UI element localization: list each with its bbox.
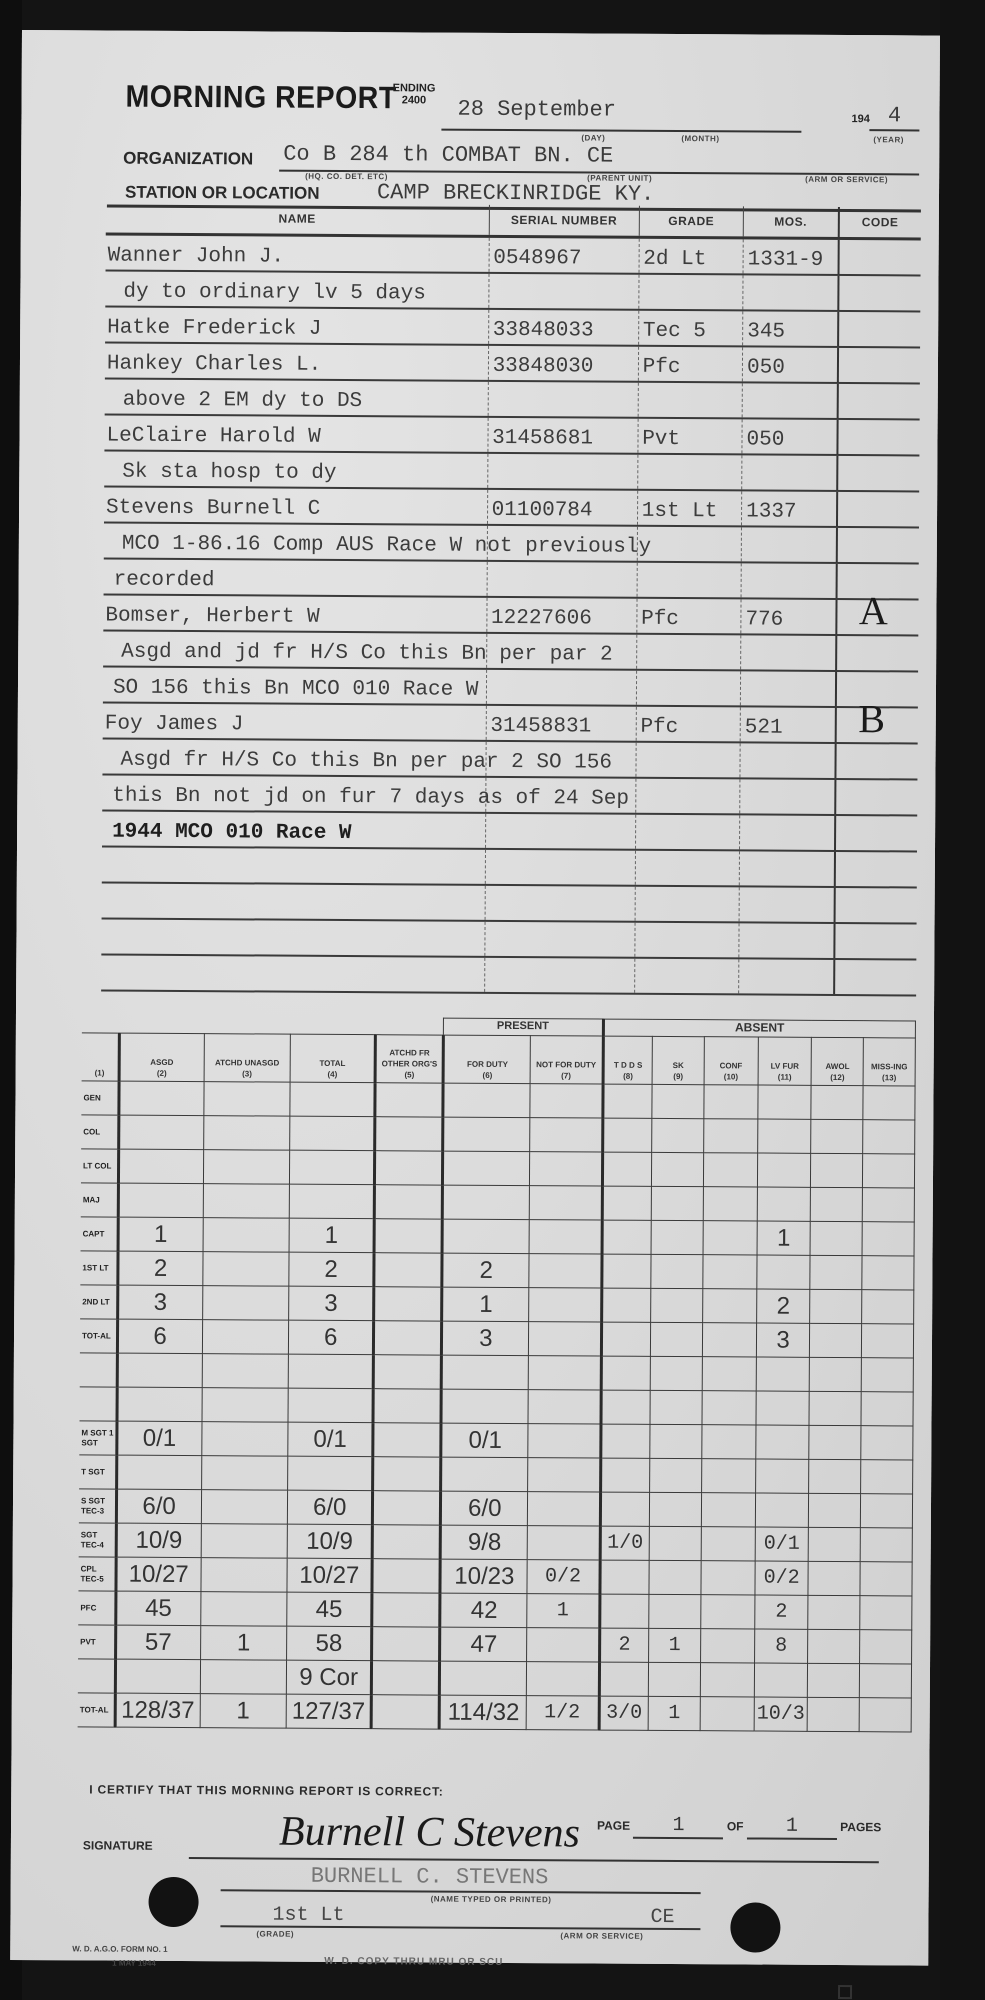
page-label: PAGE: [597, 1819, 630, 1833]
strength-cell: 1: [442, 1287, 529, 1322]
strength-cell: 1: [648, 1696, 700, 1730]
strength-cell: [811, 1153, 863, 1187]
strength-cell: 3: [289, 1286, 374, 1321]
strength-cell: 6: [117, 1319, 202, 1354]
strength-col-header: T D D S(8): [603, 1036, 653, 1084]
grade-cell: [636, 635, 741, 670]
strength-row: PFC45454212: [78, 1591, 912, 1630]
strength-value: 0/2: [764, 1567, 800, 1590]
strength-cell: 10/9: [288, 1524, 373, 1559]
strength-cell: [808, 1629, 860, 1663]
grade-cell: 2d Lt: [638, 239, 743, 274]
strength-col-header: ASGD(2): [119, 1033, 204, 1082]
ending-label-line1: ENDING: [393, 82, 436, 94]
name-cell: Hankey Charles L.: [105, 344, 488, 380]
strength-cell: [651, 1254, 703, 1288]
strength-cell: 1/0: [600, 1526, 650, 1560]
roster-remark: [102, 848, 917, 889]
strength-cell: 0/1: [755, 1527, 809, 1561]
name-cell: this Bn not jd on fur 7 days as of 24 Se…: [102, 776, 485, 812]
strength-cell: [652, 1152, 704, 1186]
name-text: Hatke Frederick J: [107, 317, 321, 341]
strength-value: 3: [776, 1326, 790, 1353]
strength-value: 3: [479, 1324, 493, 1351]
name-text: Wanner John J.: [108, 245, 285, 269]
col-number: (7): [531, 1070, 601, 1081]
name-text: Stevens Burnell C: [106, 497, 320, 521]
strength-cell: [527, 1628, 600, 1662]
strength-col-header: CONF(10): [704, 1037, 758, 1085]
strength-cell: [811, 1119, 863, 1153]
roster-entry: LeClaire Harold W31458681Pvt050: [104, 416, 919, 457]
organization-value: Co B 284 th COMBAT BN. CE: [283, 142, 613, 169]
header-mos: MOS.: [743, 206, 838, 237]
strength-col-header: LV FUR(11): [758, 1037, 812, 1085]
mos-cell: [740, 743, 835, 778]
strength-cell: 6/0: [441, 1491, 528, 1526]
strength-cell: 57: [115, 1625, 200, 1660]
strength-cell: [529, 1254, 602, 1288]
serial-text: 33848030: [493, 355, 594, 379]
grade-cell: [637, 383, 742, 418]
name-cell: Stevens Burnell C: [104, 488, 487, 524]
strength-cell: [288, 1388, 373, 1423]
roster-remark: this Bn not jd on fur 7 days as of 24 Se…: [102, 776, 917, 817]
report-date-field: 28 September: [441, 99, 801, 133]
strength-cell: [602, 1152, 652, 1186]
strength-cell: [529, 1186, 602, 1220]
code-cell: [833, 960, 917, 995]
strength-cell: 1: [649, 1628, 701, 1662]
strength-cell: [289, 1354, 374, 1389]
form-number-line1: W. D. A.G.O. FORM NO. 1: [72, 1942, 167, 1957]
strength-cell: [703, 1255, 757, 1289]
strength-value: 128/37: [121, 1696, 195, 1723]
grade-cell: Pfc: [638, 347, 743, 382]
strength-cell: [649, 1526, 701, 1560]
roster-remark: SO 156 this Bn MCO 010 Race W: [103, 668, 918, 709]
strength-cell: 3: [442, 1321, 529, 1356]
strength-cell: [860, 1562, 912, 1596]
mos-cell: 521: [740, 707, 835, 742]
grade-text: Pfc: [640, 716, 678, 739]
strength-cell: [810, 1357, 862, 1391]
strength-cell: [704, 1119, 758, 1153]
strength-cell: [860, 1596, 912, 1630]
strength-cell: 10/27: [116, 1557, 201, 1592]
roster-header: NAME SERIAL NUMBER GRADE MOS. CODE: [106, 203, 921, 241]
code-cell: [836, 456, 920, 491]
strength-cell: [527, 1662, 600, 1696]
strength-value: 10/27: [299, 1561, 359, 1588]
col-label: ATCHD UNASGD: [204, 1057, 290, 1069]
name-text: Hankey Charles L.: [107, 353, 321, 377]
mos-cell: [738, 923, 833, 958]
strength-cell: [201, 1490, 288, 1525]
grade-cell: [636, 563, 741, 598]
year-prefix: 194: [851, 113, 869, 125]
strength-cell: [757, 1187, 811, 1221]
strength-cell: [372, 1593, 440, 1627]
roster-entry: Bomser, Herbert W12227606Pfc776A: [103, 596, 918, 637]
strength-cell: [703, 1153, 757, 1187]
strength-cell: [701, 1561, 755, 1595]
grade-text: Tec 5: [643, 320, 706, 343]
strength-row: TOT-AL6633: [80, 1319, 914, 1358]
ending-label-line2: 2400: [393, 94, 436, 106]
arm-caption-footer: (ARM OR SERVICE): [560, 1931, 643, 1941]
strength-cell: [861, 1392, 913, 1426]
strength-cell: [862, 1188, 914, 1222]
rank-label: SGT TEC-4: [79, 1523, 116, 1557]
strength-col-header: ATCHD UNASGD(3): [204, 1034, 291, 1083]
strength-cell: [201, 1422, 288, 1457]
strength-cell: 10/27: [287, 1558, 372, 1593]
day-caption: (DAY): [581, 133, 605, 142]
strength-cell: [373, 1491, 441, 1525]
strength-value: 1: [557, 1599, 569, 1622]
strength-cell: [374, 1219, 442, 1253]
strength-table: PRESENT ABSENT (1)ASGD(2)ATCHD UNASGD(3)…: [78, 1015, 916, 1732]
strength-cell: [810, 1323, 862, 1357]
strength-cell: [862, 1290, 914, 1324]
rank-label: GEN: [81, 1081, 118, 1115]
strength-cell: [810, 1221, 862, 1255]
name-cell: SO 156 this Bn MCO 010 Race W: [103, 668, 486, 704]
mos-cell: [741, 455, 836, 490]
strength-value: 1/2: [544, 1701, 580, 1724]
strength-cell: [649, 1594, 701, 1628]
col-number: (4): [291, 1069, 374, 1081]
rank-label: 1ST LT: [80, 1251, 117, 1285]
strength-value: 9 Cor: [299, 1663, 358, 1690]
strength-cell: 3/0: [599, 1696, 649, 1730]
strength-cell: [115, 1659, 200, 1694]
name-cell: [102, 848, 485, 884]
grade-cell: [635, 815, 740, 850]
mos-cell: [739, 815, 834, 850]
col-label: MISS-ING: [864, 1061, 915, 1072]
strength-cell: [701, 1493, 755, 1527]
strength-cell: [200, 1592, 287, 1627]
strength-cell: [443, 1117, 530, 1152]
strength-cell: [290, 1082, 375, 1117]
strength-value: 1: [479, 1290, 493, 1317]
rank-label: T SGT: [79, 1455, 116, 1489]
strength-cell: [371, 1695, 439, 1729]
strength-cell: [203, 1082, 290, 1117]
strength-cell: [442, 1355, 529, 1390]
serial-cell: [488, 274, 638, 309]
strength-cell: 2: [118, 1251, 203, 1286]
header-serial: SERIAL NUMBER: [488, 205, 638, 236]
strength-cell: [808, 1663, 860, 1697]
corner-mark: [838, 1985, 852, 1999]
strength-cell: [703, 1289, 757, 1323]
strength-cell: [602, 1220, 652, 1254]
grade-cell: [637, 455, 742, 490]
strength-cell: [651, 1322, 703, 1356]
mos-text: 521: [745, 716, 783, 739]
handwritten-signature: Burnell C Stevens: [279, 1808, 580, 1858]
mos-cell: 1331-9: [743, 239, 838, 274]
strength-cell: [756, 1391, 810, 1425]
roster-remark: [101, 920, 916, 961]
grade-cell: [634, 959, 739, 994]
strength-cell: 6: [289, 1320, 374, 1355]
strength-cell: [703, 1221, 757, 1255]
serial-cell: [484, 886, 634, 921]
rank-label: PVT: [78, 1625, 115, 1659]
strength-row: [80, 1387, 914, 1426]
strength-cell: [700, 1663, 754, 1697]
strength-value: 0/1: [313, 1425, 347, 1452]
punch-hole-right: [730, 1902, 780, 1952]
strength-value: 45: [316, 1595, 343, 1622]
strength-cell: [441, 1389, 528, 1424]
serial-text: 33848033: [493, 319, 594, 343]
col-label: TOTAL: [291, 1058, 374, 1070]
strength-cell: [373, 1423, 441, 1457]
morning-report-form: MORNING REPORT ENDING 2400 28 September …: [10, 30, 940, 1966]
rank-label: 2ND LT: [80, 1285, 117, 1319]
name-cell: Bomser, Herbert W: [103, 596, 486, 632]
name-text: Foy James J: [105, 713, 244, 737]
name-cell: [101, 920, 484, 956]
strength-cell: [602, 1186, 652, 1220]
strength-cell: [528, 1424, 601, 1458]
strength-row: CAPT111: [81, 1217, 915, 1256]
roster-remark: above 2 EM dy to DS: [105, 380, 920, 421]
strength-col-header: SK(9): [652, 1036, 704, 1084]
strength-row: GEN: [81, 1081, 915, 1120]
name-cell: [101, 956, 484, 992]
strength-cell: [373, 1457, 441, 1491]
serial-cell: [484, 922, 634, 957]
strength-cell: [202, 1320, 289, 1355]
code-cell: [836, 384, 920, 419]
strength-value: 57: [145, 1628, 172, 1655]
strength-cell: [704, 1085, 758, 1119]
strength-cell: [372, 1627, 440, 1661]
strength-cell: [118, 1115, 203, 1150]
strength-cell: [757, 1255, 811, 1289]
strength-cell: 1: [118, 1217, 203, 1252]
strength-cell: [809, 1493, 861, 1527]
code-letter: B: [858, 695, 885, 742]
strength-cell: [650, 1458, 702, 1492]
strength-cell: [443, 1185, 530, 1220]
rank-label: [78, 1659, 115, 1693]
remark-text: above 2 EM dy to DS: [123, 389, 363, 413]
strength-value: 1: [325, 1221, 339, 1248]
strength-value: 6: [153, 1322, 167, 1349]
remark-text: Asgd fr H/S Co this Bn per par 2 SO 156: [120, 749, 612, 775]
strength-cell: [119, 1081, 204, 1116]
col-number: (8): [604, 1071, 652, 1082]
strength-cell: [288, 1456, 373, 1491]
form-number-line2: 1 MAY 1944: [72, 1956, 167, 1971]
strength-cell: [530, 1152, 603, 1186]
grade-cell: [635, 743, 740, 778]
strength-row: S SGT TEC-36/06/06/0: [79, 1489, 913, 1528]
strength-cell: 10/23: [440, 1559, 527, 1594]
strength-value: 3: [324, 1289, 338, 1316]
strength-value: 8: [775, 1635, 787, 1658]
code-cell: [835, 528, 919, 563]
strength-cell: [440, 1661, 527, 1696]
roster-entry: Foy James J31458831Pfc521B: [103, 704, 918, 745]
col-number: (6): [445, 1070, 530, 1082]
name-text: LeClaire Harold W: [106, 425, 320, 449]
strength-cell: 1: [200, 1626, 287, 1661]
code-letter: A: [859, 587, 888, 634]
remark-text: SO 156 this Bn MCO 010 Race W: [113, 677, 479, 702]
roster-body: Wanner John J.05489672d Lt1331-9dy to or…: [101, 236, 921, 997]
name-text: Bomser, Herbert W: [105, 605, 319, 629]
strength-cell: 2: [599, 1628, 649, 1662]
name-cell: Asgd fr H/S Co this Bn per par 2 SO 156: [102, 740, 485, 776]
year-caption: (YEAR): [873, 135, 904, 144]
serial-cell: [487, 382, 637, 417]
strength-cell: 42: [440, 1593, 527, 1628]
page-total: 1: [747, 1814, 837, 1840]
strength-cell: [652, 1084, 704, 1118]
remark-text: Asgd and jd fr H/S Co this Bn per par 2: [121, 641, 613, 667]
strength-cell: [810, 1255, 862, 1289]
grade-text: 1st Lt: [642, 500, 718, 523]
strength-value: 45: [145, 1594, 172, 1621]
serial-cell: [484, 958, 634, 993]
grade-cell: [636, 527, 741, 562]
serial-text: 31458681: [492, 427, 593, 451]
strength-cell: [700, 1697, 754, 1731]
report-date-value: 28 September: [457, 97, 616, 123]
group-absent: ABSENT: [603, 1019, 915, 1038]
serial-cell: 31458681: [487, 418, 637, 453]
strength-value: 2: [618, 1634, 630, 1657]
month-caption: (MONTH): [681, 134, 719, 143]
strength-cell: [810, 1289, 862, 1323]
strength-cell: [599, 1662, 649, 1696]
mos-text: 050: [747, 356, 785, 379]
header-code: CODE: [837, 207, 921, 238]
col-number: (13): [864, 1072, 915, 1083]
strength-cell: [442, 1219, 529, 1254]
strength-cell: [601, 1288, 651, 1322]
mos-text: 1331-9: [748, 248, 824, 271]
strength-value: 1: [237, 1629, 251, 1656]
strength-cell: [859, 1698, 911, 1732]
rank-label: LT COL: [81, 1149, 118, 1183]
code-cell: [833, 852, 917, 887]
strength-cell: [651, 1220, 703, 1254]
strength-cell: [809, 1425, 861, 1459]
strength-cell: [702, 1391, 756, 1425]
strength-cell: [754, 1663, 808, 1697]
strength-cell: 47: [440, 1627, 527, 1662]
certification-statement: I CERTIFY THAT THIS MORNING REPORT IS CO…: [89, 1782, 443, 1798]
strength-cell: 2: [289, 1252, 374, 1287]
strength-cell: [755, 1425, 809, 1459]
grade-cell: Pvt: [637, 419, 742, 454]
year-value: 4: [869, 103, 919, 131]
code-cell: [835, 636, 919, 671]
strength-cell: [861, 1426, 913, 1460]
strength-row: PVT5715847218: [78, 1625, 912, 1664]
strength-cell: 9 Cor: [287, 1660, 372, 1695]
name-cell: LeClaire Harold W: [104, 416, 487, 452]
strength-value: 1: [668, 1702, 680, 1725]
strength-cell: [650, 1390, 702, 1424]
strength-cell: 2: [442, 1253, 529, 1288]
strength-cell: [201, 1524, 288, 1559]
rank-label: COL: [81, 1115, 118, 1149]
roster-remark: Asgd and jd fr H/S Co this Bn per par 2: [103, 632, 918, 673]
strength-cell: [652, 1118, 704, 1152]
code-cell: [836, 420, 920, 455]
serial-text: 0548967: [493, 247, 581, 271]
roster-entry: Hatke Frederick J33848033Tec 5345: [105, 308, 920, 349]
strength-cell: [861, 1494, 913, 1528]
strength-cell: [200, 1558, 287, 1593]
name-cell: dy to ordinary lv 5 days: [105, 272, 488, 308]
copy-routing: W. D. COPY THRU MRU OR SCU: [324, 1956, 503, 1968]
strength-cell: [701, 1595, 755, 1629]
grade-cell: Pfc: [635, 707, 740, 742]
remark-text: recorded: [114, 569, 215, 593]
strength-value: 58: [315, 1629, 342, 1656]
strength-cell: [441, 1457, 528, 1492]
col-label: T D D S: [604, 1060, 652, 1071]
strength-cell: 2: [756, 1289, 810, 1323]
strength-cell: [601, 1356, 651, 1390]
col-number: (5): [377, 1069, 442, 1080]
name-caption: (NAME TYPED OR PRINTED): [431, 1895, 552, 1905]
strength-cell: [811, 1085, 863, 1119]
strength-value: 10/27: [129, 1560, 189, 1587]
strength-cell: 1: [527, 1594, 600, 1628]
rank-label: CPL TEC-5: [78, 1557, 115, 1591]
remark-text: this Bn not jd on fur 7 days as of 24 Se…: [112, 785, 629, 811]
mos-cell: 345: [742, 311, 837, 346]
strength-cell: [601, 1322, 651, 1356]
strength-cell: [527, 1526, 600, 1560]
header-name: NAME: [106, 203, 489, 235]
strength-cell: [530, 1118, 603, 1152]
strength-cell: [203, 1116, 290, 1151]
mos-cell: 050: [742, 347, 837, 382]
rank-label: TOT-AL: [80, 1319, 117, 1353]
strength-cell: [203, 1218, 290, 1253]
strength-cell: [443, 1151, 530, 1186]
strength-cell: [372, 1559, 440, 1593]
strength-col-header: FOR DUTY(6): [443, 1035, 530, 1084]
strength-cell: [862, 1324, 914, 1358]
rank-label: MAJ: [81, 1183, 118, 1217]
strength-cell: [650, 1492, 702, 1526]
serial-cell: 12227606: [486, 598, 636, 633]
mos-cell: [741, 563, 836, 598]
strength-value: 42: [471, 1596, 498, 1623]
strength-cell: [703, 1187, 757, 1221]
strength-cell: [861, 1358, 913, 1392]
rank-label: M SGT 1 SGT: [79, 1421, 116, 1455]
name-cell: 1944 MCO 010 Race W: [102, 812, 485, 848]
name-cell: Wanner John J.: [106, 236, 489, 272]
col-label: ASGD: [120, 1057, 203, 1069]
strength-cell: 1: [289, 1218, 374, 1253]
